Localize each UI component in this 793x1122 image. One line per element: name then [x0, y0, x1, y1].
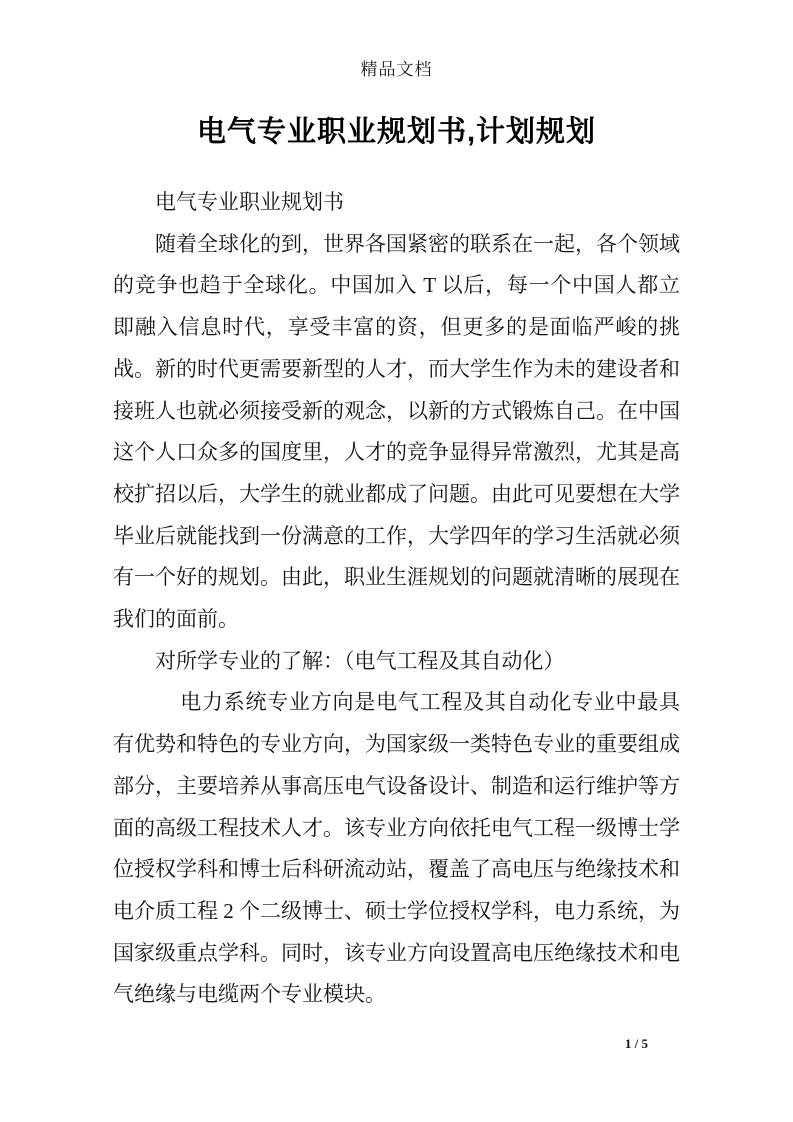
document-body: 电气专业职业规划书 随着全球化的到，世界各国紧密的联系在一起，各个领域的竞争也趋… [113, 182, 680, 1016]
page-number: 1 / 5 [0, 1036, 648, 1052]
document-title: 电气专业职业规划书,计划规划 [0, 109, 793, 150]
body-paragraph: 电气专业职业规划书 [113, 182, 680, 224]
body-paragraph: 对所学专业的了解：（电气工程及其自动化） [113, 641, 680, 683]
body-paragraph: 电力系统专业方向是电气工程及其自动化专业中最具有优势和特色的专业方向，为国家级一… [113, 682, 680, 1016]
document-page: 精品文档 电气专业职业规划书,计划规划 电气专业职业规划书 随着全球化的到，世界… [0, 0, 793, 1122]
watermark-text: 精品文档 [0, 55, 793, 80]
body-paragraph: 随着全球化的到，世界各国紧密的联系在一起，各个领域的竞争也趋于全球化。中国加入 … [113, 224, 680, 641]
